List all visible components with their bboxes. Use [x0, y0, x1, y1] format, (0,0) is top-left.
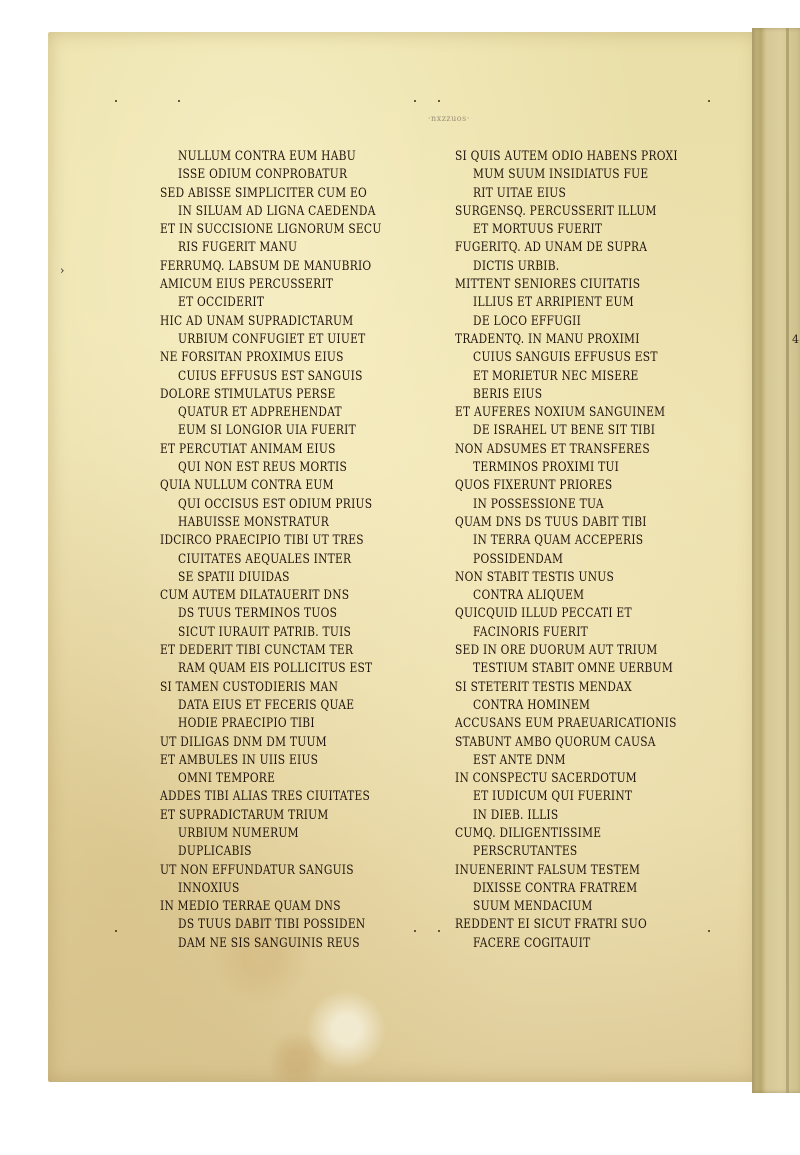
manuscript-line: FUGERITQ. AD UNAM DE SUPRA — [455, 239, 676, 257]
manuscript-line: SURGENSQ. PERCUSSERIT ILLUM — [455, 203, 676, 221]
manuscript-line: TESTIUM STABIT OMNE UERBUM — [455, 660, 676, 678]
folio-mark: ·nxzzuos· — [428, 114, 470, 123]
manuscript-line: DIXISSE CONTRA FRATREM — [455, 880, 676, 898]
manuscript-line: UT NON EFFUNDATUR SANGUIS — [160, 862, 373, 880]
pricking-hole — [438, 100, 440, 102]
manuscript-line: TRADENTQ. IN MANU PROXIMI — [455, 331, 676, 349]
manuscript-line: FERRUMQ. LABSUM DE MANUBRIO — [160, 258, 373, 276]
manuscript-line: IN SILUAM AD LIGNA CAEDENDA — [160, 203, 373, 221]
manuscript-line: MITTENT SENIORES CIUITATIS — [455, 276, 676, 294]
manuscript-line: SE SPATII DIUIDAS — [160, 569, 373, 587]
manuscript-line: PERSCRUTANTES — [455, 843, 676, 861]
manuscript-line: QUAM DNS DS TUUS DABIT TIBI — [455, 514, 676, 532]
manuscript-line: SICUT IURAUIT PATRIB. TUIS — [160, 624, 373, 642]
manuscript-line: DATA EIUS ET FECERIS QUAE — [160, 697, 373, 715]
manuscript-line: OMNI TEMPORE — [160, 770, 373, 788]
left-margin-mark: › — [60, 264, 64, 277]
manuscript-line: ACCUSANS EUM PRAEUARICATIONIS — [455, 715, 676, 733]
manuscript-line: URBIUM CONFUGIET ET UIUET — [160, 331, 373, 349]
manuscript-line: NE FORSITAN PROXIMUS EIUS — [160, 349, 373, 367]
manuscript-line: QUIA NULLUM CONTRA EUM — [160, 477, 373, 495]
manuscript-line: CUIUS EFFUSUS EST SANGUIS — [160, 368, 373, 386]
manuscript-line: URBIUM NUMERUM — [160, 825, 373, 843]
manuscript-line: CUM AUTEM DILATAUERIT DNS — [160, 587, 373, 605]
manuscript-line: RIT UITAE EIUS — [455, 185, 676, 203]
manuscript-line: SED IN ORE DUORUM AUT TRIUM — [455, 642, 676, 660]
manuscript-line: NULLUM CONTRA EUM HABU — [160, 148, 373, 166]
manuscript-line: IN DIEB. ILLIS — [455, 807, 676, 825]
manuscript-line: HABUISSE MONSTRATUR — [160, 514, 373, 532]
manuscript-line: EST ANTE DNM — [455, 752, 676, 770]
manuscript-line: SUUM MENDACIUM — [455, 898, 676, 916]
manuscript-line: BERIS EIUS — [455, 386, 676, 404]
manuscript-line: HODIE PRAECIPIO TIBI — [160, 715, 373, 733]
manuscript-line: CUMQ. DILIGENTISSIME — [455, 825, 676, 843]
manuscript-line: IN POSSESSIONE TUA — [455, 496, 676, 514]
manuscript-line: INUENERINT FALSUM TESTEM — [455, 862, 676, 880]
manuscript-line: ET OCCIDERIT — [160, 294, 373, 312]
manuscript-line: STABUNT AMBO QUORUM CAUSA — [455, 734, 676, 752]
manuscript-line: ET AMBULES IN UIIS EIUS — [160, 752, 373, 770]
manuscript-line: HIC AD UNAM SUPRADICTARUM — [160, 313, 373, 331]
manuscript-line: QUOS FIXERUNT PRIORES — [455, 477, 676, 495]
manuscript-line: SI QUIS AUTEM ODIO HABENS PROXI — [455, 148, 676, 166]
manuscript-line: TERMINOS PROXIMI TUI — [455, 459, 676, 477]
manuscript-line: SED ABISSE SIMPLICITER CUM EO — [160, 185, 373, 203]
manuscript-line: ILLIUS ET ARRIPIENT EUM — [455, 294, 676, 312]
gutter-mark: 4 — [792, 333, 799, 346]
manuscript-line: IN TERRA QUAM ACCEPERIS — [455, 532, 676, 550]
manuscript-line: QUI OCCISUS EST ODIUM PRIUS — [160, 496, 373, 514]
binding-gutter: 4 — [752, 28, 800, 1093]
manuscript-line: ET MORIETUR NEC MISERE — [455, 368, 676, 386]
left-text-column: NULLUM CONTRA EUM HABUISSE ODIUM CONPROB… — [160, 148, 420, 953]
manuscript-line: QUICQUID ILLUD PECCATI ET — [455, 605, 676, 623]
manuscript-line: ET SUPRADICTARUM TRIUM — [160, 807, 373, 825]
manuscript-line: ISSE ODIUM CONPROBATUR — [160, 166, 373, 184]
manuscript-line: NON STABIT TESTIS UNUS — [455, 569, 676, 587]
manuscript-line: IDCIRCO PRAECIPIO TIBI UT TRES — [160, 532, 373, 550]
manuscript-line: ET MORTUUS FUERIT — [455, 221, 676, 239]
manuscript-line: CONTRA HOMINEM — [455, 697, 676, 715]
manuscript-line: ET IUDICUM QUI FUERINT — [455, 788, 676, 806]
manuscript-line: UT DILIGAS DNM DM TUUM — [160, 734, 373, 752]
manuscript-line: ADDES TIBI ALIAS TRES CIUITATES — [160, 788, 373, 806]
manuscript-line: RIS FUGERIT MANU — [160, 239, 373, 257]
manuscript-line: INNOXIUS — [160, 880, 373, 898]
manuscript-line: IN MEDIO TERRAE QUAM DNS — [160, 898, 373, 916]
gutter-crease — [786, 28, 789, 1093]
pricking-hole — [115, 930, 117, 932]
manuscript-line: QUATUR ET ADPREHENDAT — [160, 404, 373, 422]
pricking-hole — [708, 100, 710, 102]
manuscript-line: MUM SUUM INSIDIATUS FUE — [455, 166, 676, 184]
manuscript-line: NON ADSUMES ET TRANSFERES — [455, 441, 676, 459]
manuscript-line: DUPLICABIS — [160, 843, 373, 861]
manuscript-line: AMICUM EIUS PERCUSSERIT — [160, 276, 373, 294]
manuscript-line: CIUITATES AEQUALES INTER — [160, 551, 373, 569]
manuscript-line: DICTIS URBIB. — [455, 258, 676, 276]
pricking-hole — [178, 100, 180, 102]
manuscript-line: DAM NE SIS SANGUINIS REUS — [160, 935, 373, 953]
manuscript-line: IN CONSPECTU SACERDOTUM — [455, 770, 676, 788]
manuscript-line: CONTRA ALIQUEM — [455, 587, 676, 605]
manuscript-line: DS TUUS TERMINOS TUOS — [160, 605, 373, 623]
right-text-column: SI QUIS AUTEM ODIO HABENS PROXIMUM SUUM … — [455, 148, 725, 953]
manuscript-line: DOLORE STIMULATUS PERSE — [160, 386, 373, 404]
manuscript-line: FACINORIS FUERIT — [455, 624, 676, 642]
manuscript-line: DE LOCO EFFUGII — [455, 313, 676, 331]
manuscript-line: SI STETERIT TESTIS MENDAX — [455, 679, 676, 697]
manuscript-line: DS TUUS DABIT TIBI POSSIDEN — [160, 916, 373, 934]
manuscript-line: POSSIDENDAM — [455, 551, 676, 569]
manuscript-line: DE ISRAHEL UT BENE SIT TIBI — [455, 422, 676, 440]
manuscript-line: SI TAMEN CUSTODIERIS MAN — [160, 679, 373, 697]
pricking-hole — [115, 100, 117, 102]
pricking-hole — [414, 100, 416, 102]
manuscript-line: ET AUFERES NOXIUM SANGUINEM — [455, 404, 676, 422]
manuscript-line: QUI NON EST REUS MORTIS — [160, 459, 373, 477]
manuscript-line: RAM QUAM EIS POLLICITUS EST — [160, 660, 373, 678]
pricking-hole — [438, 930, 440, 932]
manuscript-line: FACERE COGITAUIT — [455, 935, 676, 953]
manuscript-line: EUM SI LONGIOR UIA FUERIT — [160, 422, 373, 440]
manuscript-line: REDDENT EI SICUT FRATRI SUO — [455, 916, 676, 934]
manuscript-line: ET DEDERIT TIBI CUNCTAM TER — [160, 642, 373, 660]
manuscript-line: ET PERCUTIAT ANIMAM EIUS — [160, 441, 373, 459]
manuscript-line: CUIUS SANGUIS EFFUSUS EST — [455, 349, 676, 367]
manuscript-line: ET IN SUCCISIONE LIGNORUM SECU — [160, 221, 373, 239]
